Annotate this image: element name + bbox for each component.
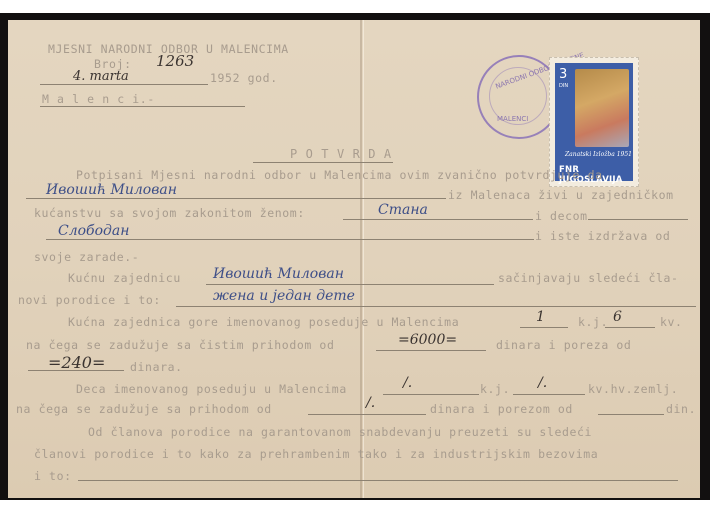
date-year: 1952 god. — [210, 71, 278, 85]
seal-text-bottom: MALENCI — [497, 115, 528, 123]
document-page: MJESNI NARODNI ODBOR U MALENCIMA Broj: 1… — [8, 20, 700, 498]
children-kv-label: kv.hv.zemlj. — [588, 382, 678, 396]
children-line — [46, 239, 534, 240]
children-kv-value: /. — [538, 375, 547, 391]
body-line-12-suffix: din. — [666, 402, 696, 416]
place-underline — [40, 106, 245, 107]
wife-line — [343, 219, 533, 220]
land-kv-value: 6 — [613, 309, 622, 325]
body-line-10-suffix: dinara. — [130, 360, 183, 374]
body-line-11-prefix: Deca imenovanog poseduju u Malencima — [76, 382, 347, 396]
title-underline — [253, 162, 393, 163]
land-kj-label: k.j. — [578, 315, 608, 329]
children-handwritten: Слободан — [58, 223, 129, 239]
household-handwritten: Ивошић Милован — [213, 266, 344, 282]
land-kv-line — [605, 327, 655, 328]
body-line-12-mid: dinara i porezom od — [430, 402, 573, 416]
body-line-2-suffix: iz Malenaca živi u zajedničkom — [448, 188, 674, 202]
body-line-8-prefix: Kućna zajednica gore imenovanog poseduje… — [68, 315, 459, 329]
children-kv-line — [513, 394, 585, 395]
land-kj-line — [520, 327, 568, 328]
body-line-15-prefix: i to: — [34, 469, 72, 483]
postage-artwork — [575, 69, 629, 147]
children-kj-label: k.j. — [480, 382, 510, 396]
body-line-9-prefix: na čega se zadužuje sa čistim prihodom o… — [26, 338, 334, 352]
body-line-12-prefix: na čega se zadužuje sa prihodom od — [16, 402, 272, 416]
wife-handwritten: Стана — [378, 202, 428, 218]
body-line-1: Potpisani Mjesni narodni odbor u Malenci… — [76, 168, 603, 182]
children-tax-line — [598, 414, 664, 415]
children-income-line — [308, 414, 426, 415]
children-kj-line — [383, 394, 479, 395]
land-kv-label: kv. — [660, 315, 683, 329]
children-kj-value: /. — [403, 375, 412, 391]
date-handwritten: 4. marta — [73, 69, 129, 84]
name-line — [26, 198, 446, 199]
household-line — [206, 284, 494, 285]
body-line-3-suffix: i decom — [535, 209, 588, 223]
body-line-13: Od članova porodice na garantovanom snab… — [88, 425, 592, 439]
body-line-4-suffix: i iste izdržava od — [535, 229, 670, 243]
postage-value: 3 — [559, 67, 567, 82]
body-line-5: svoje zarade.- — [34, 250, 139, 264]
postage-unit: DIN — [559, 83, 568, 89]
place-name: M a l e n c i.- — [42, 92, 155, 106]
members-line — [176, 306, 696, 307]
members-supply-line-1 — [78, 480, 678, 481]
land-kj-value: 1 — [536, 309, 545, 325]
body-line-3: kućanstvu sa svojom zakonitom ženom: — [34, 206, 305, 220]
number-value: 1263 — [156, 52, 194, 70]
children-income-value: /. — [366, 395, 375, 411]
body-line-7-prefix: novi porodice i to: — [18, 293, 161, 307]
children-extra-line — [588, 219, 688, 220]
name-handwritten: Ивошић Милован — [46, 182, 177, 198]
body-line-6-prefix: Kućnu zajednicu — [68, 271, 181, 285]
body-line-9-suffix: dinara i poreza od — [496, 338, 631, 352]
income-line — [376, 350, 486, 351]
tax-line — [28, 370, 124, 371]
document-title: P O T V R D A — [290, 147, 392, 161]
body-line-6-suffix: sačinjavaju sledeći čla- — [498, 271, 679, 285]
body-line-14: članovi porodice i to kako za prehramben… — [34, 447, 598, 461]
postage-caption: Zanatski Izložba 1951 — [565, 151, 632, 158]
date-line — [40, 84, 208, 85]
income-handwritten: =6000= — [398, 332, 457, 348]
members-handwritten: жена и један дете — [213, 288, 355, 304]
postage-stamp-face: 3 DIN Zanatski Izložba 1951 FNR JUGOSLAV… — [555, 63, 633, 181]
